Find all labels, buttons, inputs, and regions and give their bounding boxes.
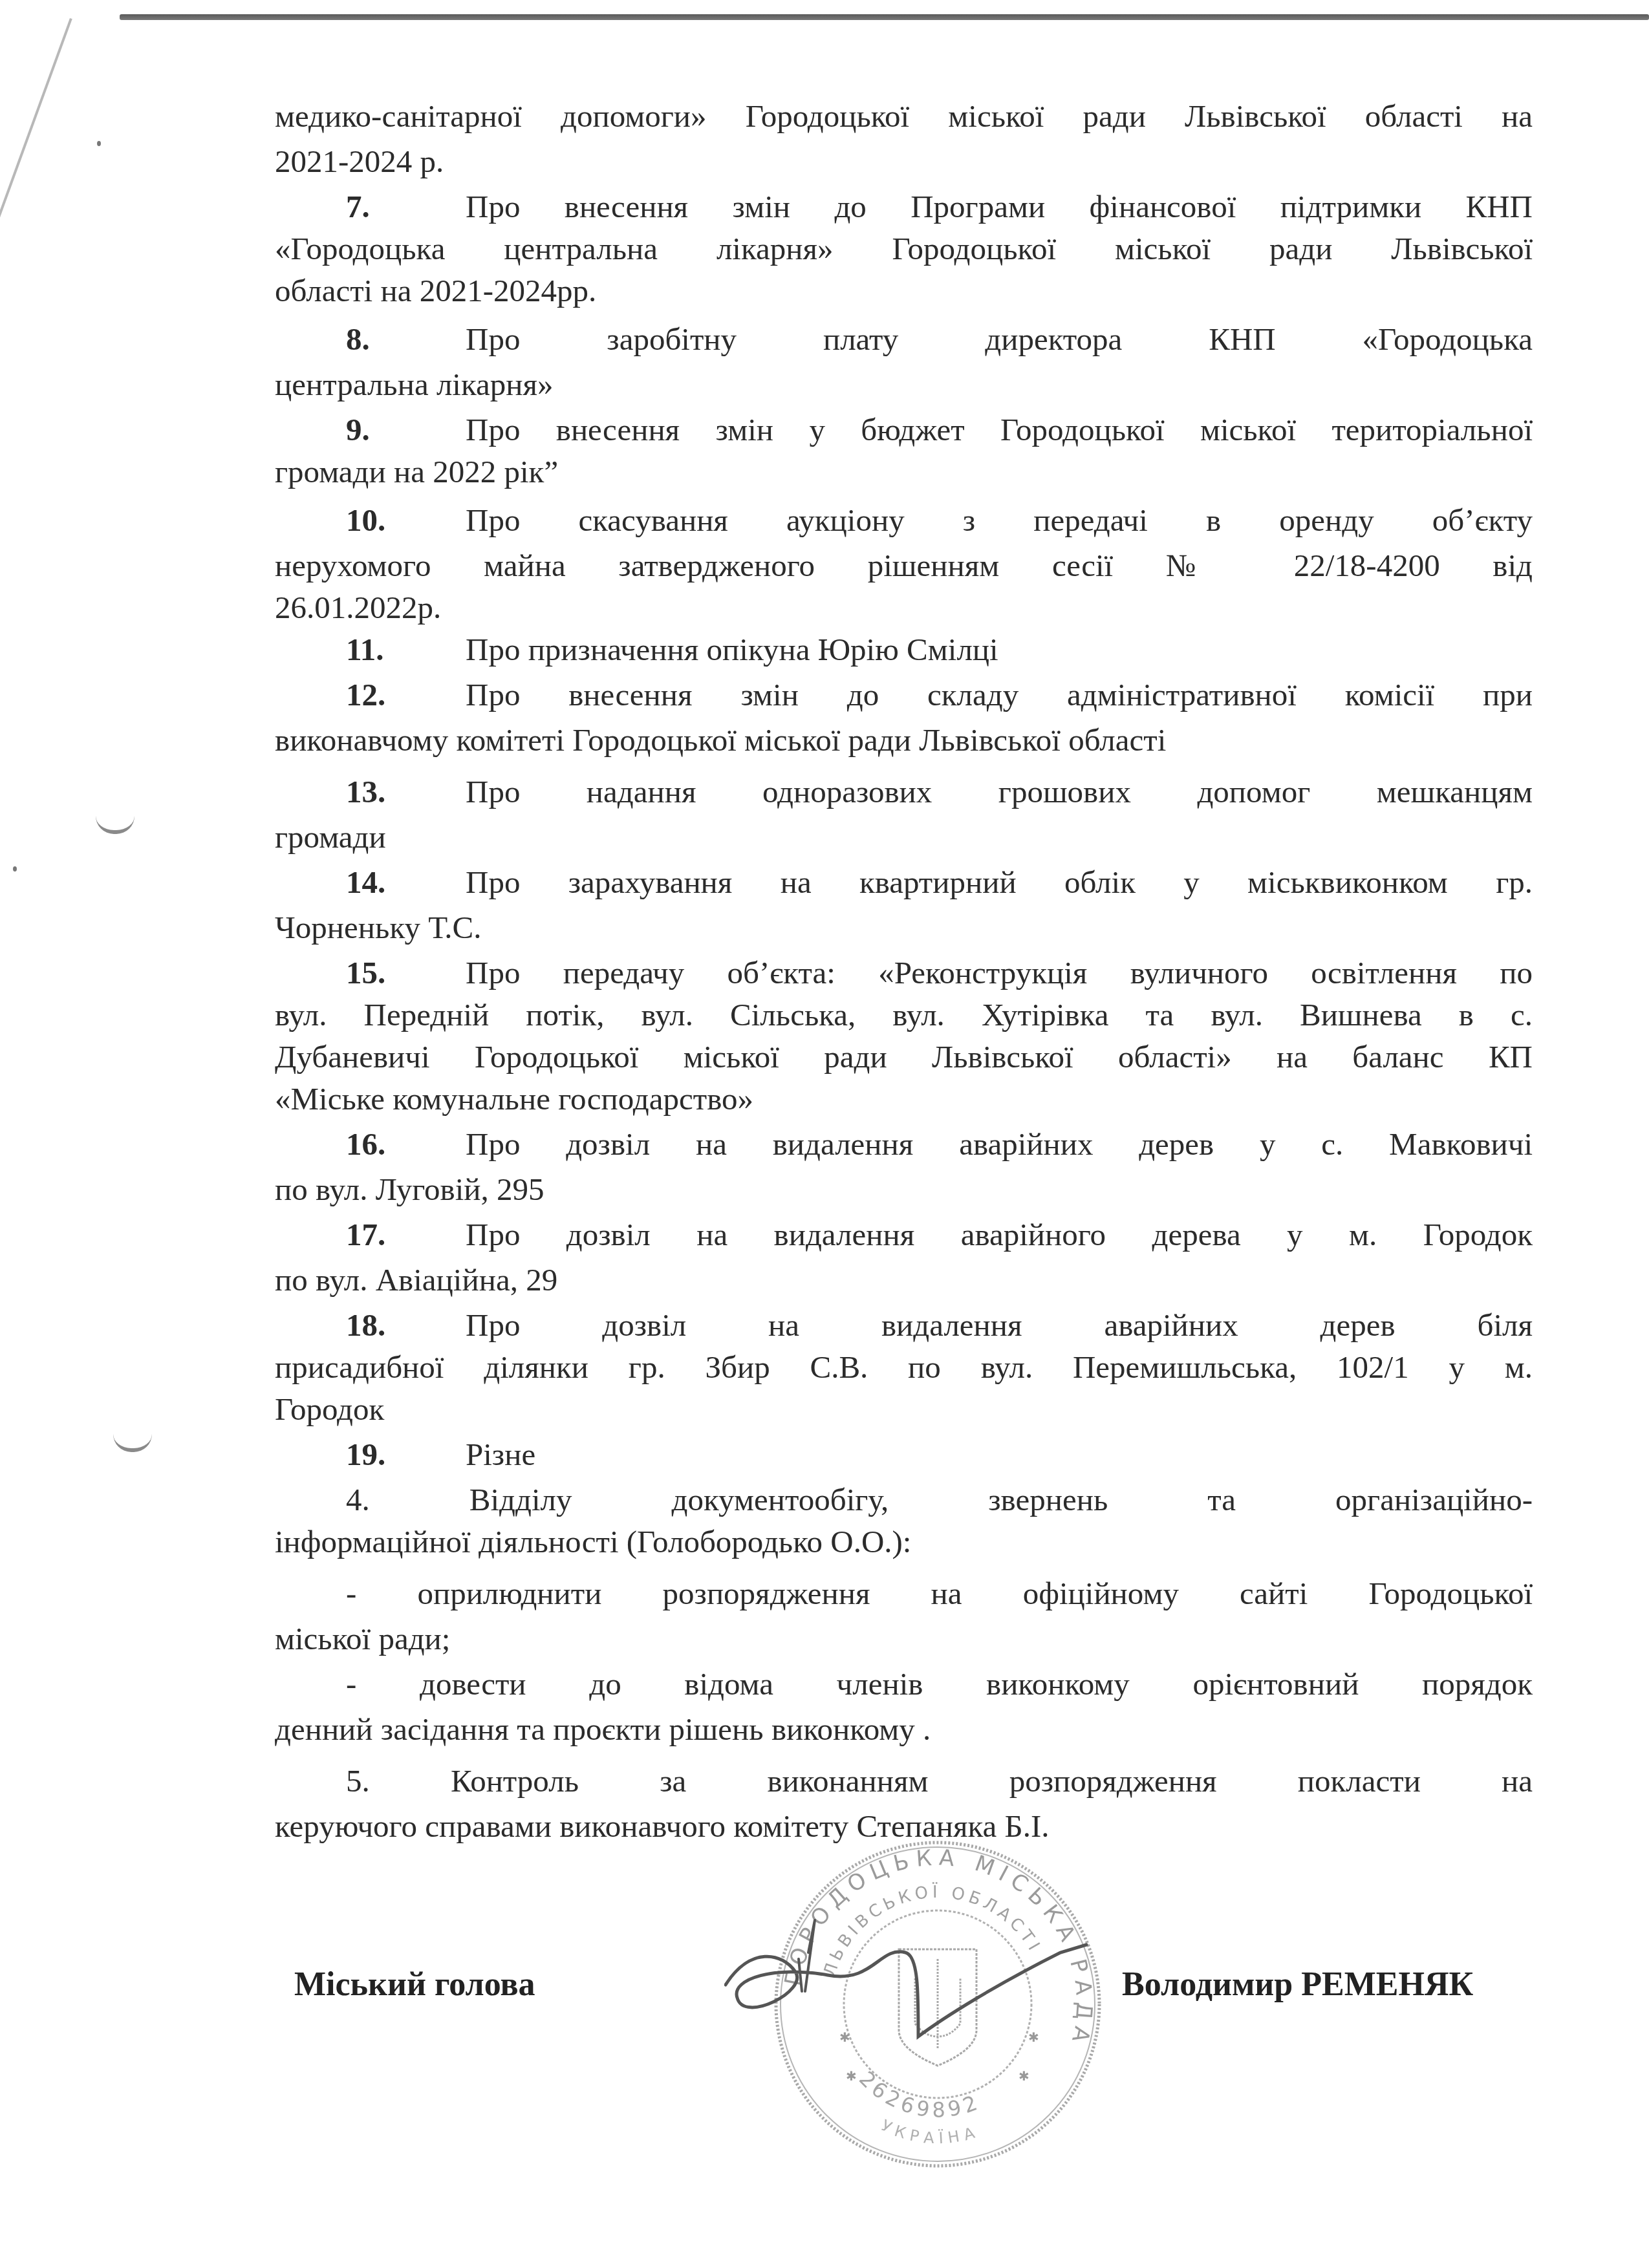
signatory-title: Міський голова	[294, 1965, 535, 2004]
agenda-item-text: Про внесення змін до складу адміністрати…	[466, 676, 1533, 714]
agenda-item-number: 13.	[346, 773, 385, 811]
continuation-line: по вул. Авіаційна, 29	[275, 1261, 1533, 1300]
agenda-item-number: 15.	[346, 954, 385, 992]
continuation-line: інформаційної діяльності (Голобородько О…	[275, 1523, 1533, 1561]
agenda-item-text: Про дозвіл на видалення аварійних дерев …	[466, 1306, 1533, 1345]
agenda-item-number: 18.	[346, 1306, 385, 1345]
paragraph-first-line: - оприлюднити розпорядження на офіційном…	[275, 1574, 1533, 1613]
continuation-line: денний засідання та проєкти рішень викон…	[275, 1710, 1533, 1749]
continuation-line: громади	[275, 818, 1533, 857]
continuation-line: виконавчому комітеті Городоцької міської…	[275, 721, 1533, 760]
agenda-item-text: Про передачу об’єкта: «Реконструкція вул…	[466, 954, 1533, 992]
scan-edge-top	[120, 14, 1649, 20]
agenda-item: 17.Про дозвіл на видалення аварійного де…	[275, 1215, 1533, 1254]
continuation-line: Городок	[275, 1390, 1533, 1429]
agenda-item-text: Про скасування аукціону з передачі в оре…	[466, 501, 1533, 540]
agenda-item: 16.Про дозвіл на видалення аварійних дер…	[275, 1125, 1533, 1164]
continuation-line: Чорненьку Т.С.	[275, 908, 1533, 947]
agenda-item-number: 9.	[346, 411, 370, 449]
agenda-item-number: 14.	[346, 863, 385, 902]
continuation-line: 26.01.2022р.	[275, 588, 1533, 627]
scan-speck	[97, 141, 101, 146]
scan-edge-left	[0, 18, 72, 238]
agenda-item: 12.Про внесення змін до складу адміністр…	[275, 676, 1533, 714]
agenda-item-text: Різне	[466, 1435, 1533, 1474]
agenda-item-text: Про внесення змін до Програми фінансової…	[466, 187, 1533, 226]
continuation-line: «Міське комунальне господарство»	[275, 1080, 1533, 1118]
paragraph-first-line: - довести до відома членів виконкому орі…	[275, 1665, 1533, 1704]
continuation-line: громади на 2022 рік”	[275, 453, 1533, 491]
agenda-item: 14.Про зарахування на квартирний облік у…	[275, 863, 1533, 902]
agenda-item: 10.Про скасування аукціону з передачі в …	[275, 501, 1533, 540]
agenda-item-number: 16.	[346, 1125, 385, 1164]
continuation-line: вул. Передній потік, вул. Сільська, вул.…	[275, 996, 1533, 1034]
agenda-item-number: 19.	[346, 1435, 385, 1474]
agenda-item-text: Про зарахування на квартирний облік у мі…	[466, 863, 1533, 902]
paragraph-text: 4. Відділу документообігу, звернень та о…	[346, 1481, 1533, 1519]
agenda-item-text: Про дозвіл на видалення аварійного дерев…	[466, 1215, 1533, 1254]
continuation-line: «Городоцька центральна лікарня» Городоць…	[275, 230, 1533, 268]
agenda-item-number: 11.	[346, 630, 384, 669]
continuation-line: присадибної ділянки гр. Збир С.В. по вул…	[275, 1348, 1533, 1387]
agenda-item: 9.Про внесення змін у бюджет Городоцької…	[275, 411, 1533, 449]
agenda-item: 11.Про призначення опікуна Юрію Смілці	[275, 630, 1533, 669]
agenda-item-number: 7.	[346, 187, 370, 226]
agenda-item: 7.Про внесення змін до Програми фінансов…	[275, 187, 1533, 226]
scan-speck	[13, 866, 17, 872]
agenda-item-number: 8.	[346, 320, 370, 359]
continuation-line: медико-санітарної допомоги» Городоцької …	[275, 97, 1533, 136]
agenda-item: 8.Про заробітну плату директора КНП «Гор…	[275, 320, 1533, 359]
hole-punch-mark	[96, 816, 135, 834]
paragraph-first-line: 4. Відділу документообігу, звернень та о…	[275, 1481, 1533, 1519]
hole-punch-mark	[113, 1434, 152, 1452]
agenda-item-text: Про надання одноразових грошових допомог…	[466, 773, 1533, 811]
agenda-item-text: Про заробітну плату директора КНП «Город…	[466, 320, 1533, 359]
continuation-line: нерухомого майна затвердженого рішенням …	[275, 546, 1533, 585]
continuation-line: 2021-2024 р.	[275, 142, 1533, 181]
agenda-item-text: Про внесення змін у бюджет Городоцької м…	[466, 411, 1533, 449]
agenda-item: 13.Про надання одноразових грошових допо…	[275, 773, 1533, 811]
agenda-item-number: 12.	[346, 676, 385, 714]
agenda-item: 15.Про передачу об’єкта: «Реконструкція …	[275, 954, 1533, 992]
paragraph-first-line: 5. Контроль за виконанням розпорядження …	[275, 1762, 1533, 1801]
continuation-line: області на 2021-2024рр.	[275, 272, 1533, 310]
paragraph-text: - оприлюднити розпорядження на офіційном…	[346, 1574, 1533, 1613]
paragraph-text: - довести до відома членів виконкому орі…	[346, 1665, 1533, 1704]
agenda-item-text: Про дозвіл на видалення аварійних дерев …	[466, 1125, 1533, 1164]
continuation-line: Дубаневичі Городоцької міської ради Льві…	[275, 1038, 1533, 1076]
agenda-item-number: 10.	[346, 501, 385, 540]
continuation-line: центральна лікарня»	[275, 365, 1533, 404]
handwritten-signature	[724, 1907, 1138, 2075]
agenda-item: 19.Різне	[275, 1435, 1533, 1474]
signatory-name: Володимир РЕМЕНЯК	[1122, 1965, 1473, 2004]
continuation-line: міської ради;	[275, 1620, 1533, 1658]
agenda-item-text: Про призначення опікуна Юрію Смілці	[466, 630, 1533, 669]
continuation-line: по вул. Луговій, 295	[275, 1170, 1533, 1209]
agenda-item: 18.Про дозвіл на видалення аварійних дер…	[275, 1306, 1533, 1345]
paragraph-text: 5. Контроль за виконанням розпорядження …	[346, 1762, 1533, 1801]
agenda-item-number: 17.	[346, 1215, 385, 1254]
